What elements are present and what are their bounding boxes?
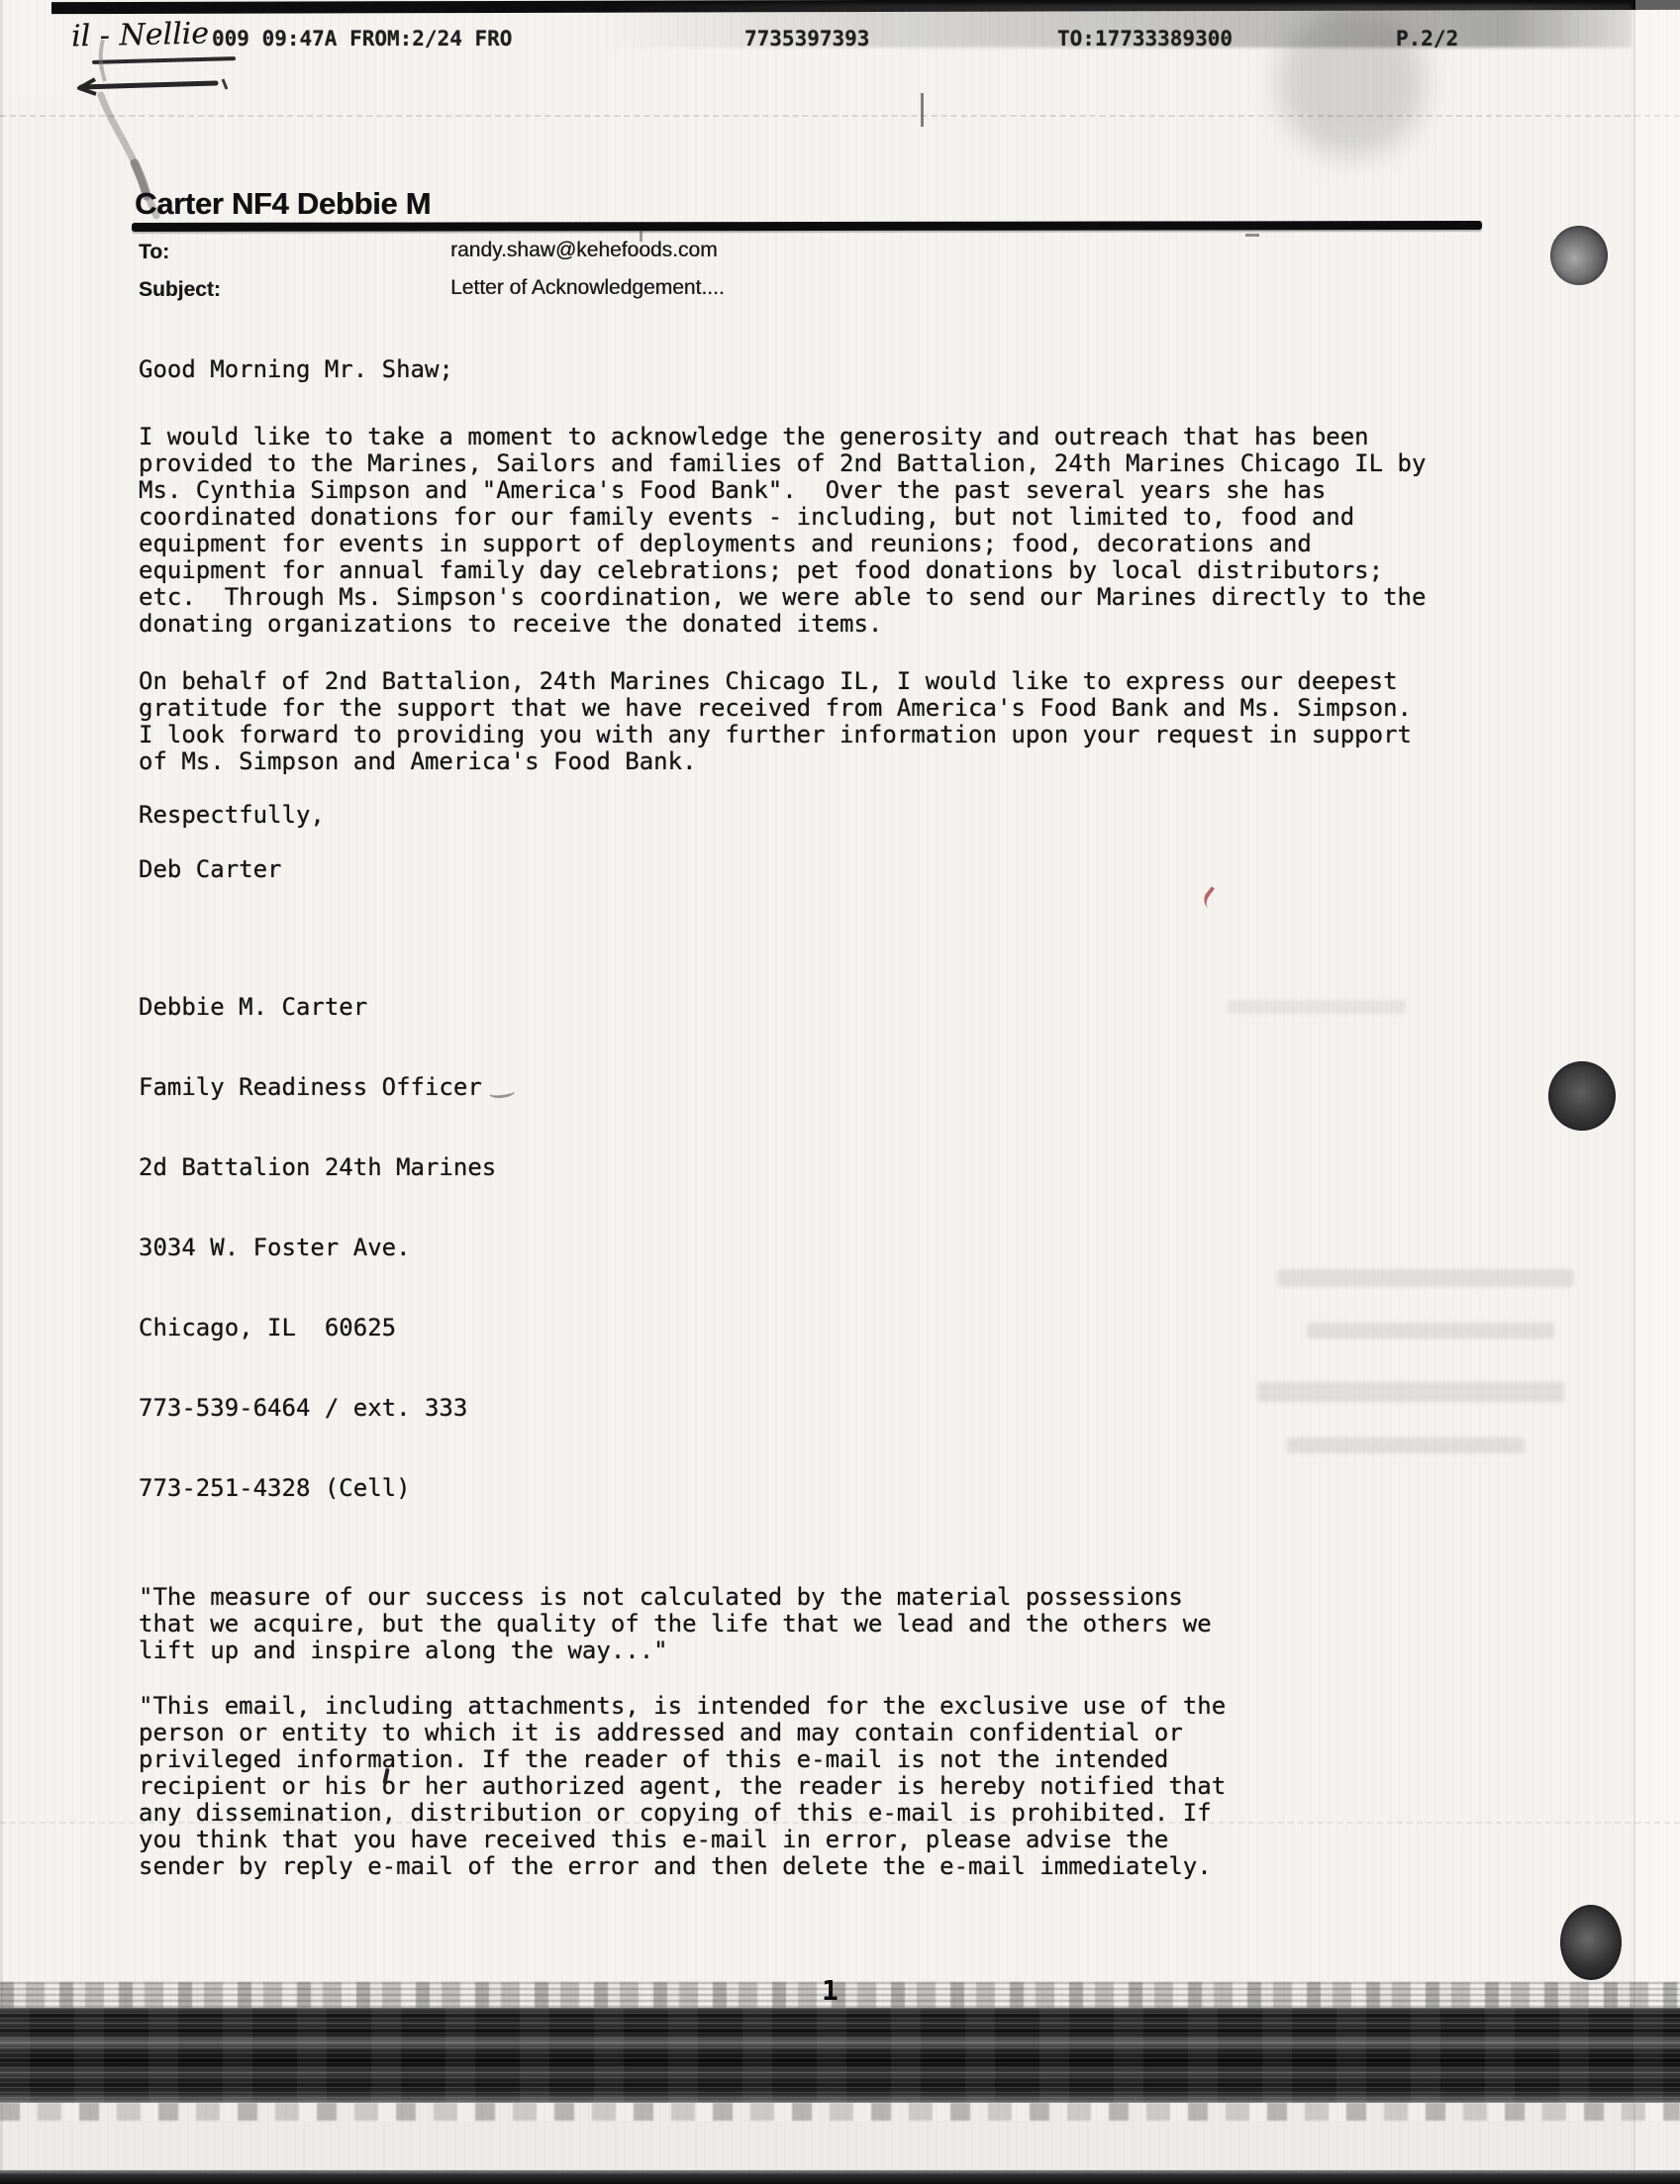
paper-left-edge-line	[0, 0, 3, 2184]
scan-noise-line-top	[0, 115, 1680, 117]
paper-right-edge	[1635, 0, 1680, 2184]
punch-hole-bottom	[1560, 1905, 1622, 1980]
scan-noise-patch	[1277, 1269, 1574, 1287]
below-band-tint	[0, 2121, 1680, 2172]
letter-paragraph-1: I would like to take a moment to acknowl…	[139, 424, 1525, 638]
small-dash-mark	[1245, 234, 1259, 237]
fax-page-indicator: P.2/2	[1396, 27, 1458, 50]
transmission-noise-band	[0, 2008, 1680, 2103]
email-sender-name: Carter NF4 Debbie M	[135, 186, 431, 222]
signature-street: 3034 W. Foster Ave.	[139, 1235, 1525, 1261]
scan-noise-patch	[1257, 1382, 1564, 1402]
to-label: To:	[139, 241, 169, 264]
bottom-edge-scan-bar	[0, 2170, 1680, 2184]
paper-right-edge-line	[1633, 0, 1635, 2184]
inspirational-quote: "The measure of our success is not calcu…	[139, 1584, 1525, 1664]
letter-body: Good Morning Mr. Shaw; I would like to t…	[139, 356, 1525, 1880]
signature-title: Family Readiness Officer	[139, 1074, 1525, 1101]
scanned-fax-document: il - Nellie 009 09:47A FROM:2/24 FRO 773…	[0, 0, 1680, 2184]
fax-sender-number: 7735397393	[744, 27, 869, 50]
signature-phone-cell: 773-251-4328 (Cell)	[139, 1475, 1525, 1502]
signature-unit: 2d Battalion 24th Marines	[139, 1154, 1525, 1181]
email-disclaimer: "This email, including attachments, is i…	[139, 1693, 1525, 1880]
signature-short: Deb Carter	[139, 856, 1525, 883]
punch-hole-top	[1550, 226, 1608, 285]
scan-noise-patch	[1287, 1438, 1525, 1453]
subject-label: Subject:	[139, 278, 221, 302]
scan-noise-patch	[1228, 1000, 1406, 1014]
scan-tick-mark	[921, 93, 924, 127]
page-number: 1	[822, 1974, 839, 2007]
letter-closing: Respectfully,	[139, 802, 1525, 829]
letter-salutation: Good Morning Mr. Shaw;	[139, 356, 1525, 383]
noise-band-speckle-top	[0, 1982, 1680, 2008]
scan-noise-line-bottom	[0, 1822, 1680, 1824]
subject-value: Letter of Acknowledgement....	[450, 276, 725, 300]
letter-paragraph-2: On behalf of 2nd Battalion, 24th Marines…	[139, 668, 1525, 775]
fax-recipient-number: TO:17733389300	[1057, 27, 1233, 50]
punch-hole-middle	[1548, 1061, 1616, 1131]
to-value: randy.shaw@kehefoods.com	[450, 239, 718, 262]
noise-band-speckle-bottom	[0, 2103, 1680, 2121]
heading-underline-rule	[132, 221, 1482, 232]
scan-noise-patch	[1307, 1323, 1554, 1339]
signature-block: Debbie M. Carter Family Readiness Office…	[139, 941, 1525, 1555]
